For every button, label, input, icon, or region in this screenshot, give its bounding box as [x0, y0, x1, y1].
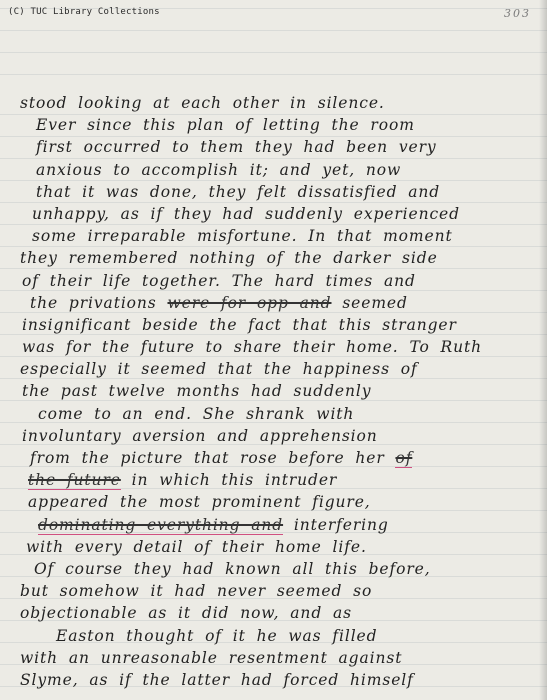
- manuscript-line: some irreparable misfortune. In that mom…: [20, 225, 540, 247]
- struck-through-text: dominating everything and: [38, 516, 283, 535]
- text-segment: but somehow it had never seemed so: [20, 582, 372, 600]
- copyright-notice: (C) TUC Library Collections: [8, 7, 160, 17]
- manuscript-line: stood looking at each other in silence.: [20, 92, 540, 114]
- manuscript-line: first occurred to them they had been ver…: [20, 136, 540, 158]
- manuscript-line: Slyme, as if the latter had forced himse…: [20, 669, 540, 691]
- text-segment: some irreparable misfortune. In that mom…: [32, 227, 453, 245]
- manuscript-line: unhappy, as if they had suddenly experie…: [20, 203, 540, 225]
- text-segment: Easton thought of it he was filled: [56, 627, 377, 645]
- struck-through-text: were for opp and: [167, 294, 331, 312]
- text-segment: appeared the most prominent figure,: [28, 493, 371, 511]
- text-segment: especially it seemed that the happiness …: [20, 360, 418, 378]
- text-segment: anxious to accomplish it; and yet, now: [36, 161, 401, 179]
- text-segment: they remembered nothing of the darker si…: [20, 249, 438, 267]
- text-segment: Slyme, as if the latter had forced himse…: [20, 671, 414, 689]
- manuscript-line: dominating everything and interfering: [20, 514, 540, 536]
- struck-through-text: the future: [28, 471, 121, 490]
- text-segment: seemed: [332, 294, 408, 312]
- manuscript-line: but somehow it had never seemed so: [20, 580, 540, 602]
- manuscript-line: the privations were for opp and seemed: [20, 292, 540, 314]
- manuscript-line: involuntary aversion and apprehension: [20, 425, 540, 447]
- struck-through-text: of: [395, 449, 412, 468]
- manuscript-line: was for the future to share their home. …: [20, 336, 540, 358]
- text-segment: the past twelve months had suddenly: [22, 382, 371, 400]
- manuscript-line: anxious to accomplish it; and yet, now: [20, 159, 540, 181]
- text-segment: with every detail of their home life.: [26, 538, 367, 556]
- text-segment: come to an end. She shrank with: [38, 405, 354, 423]
- text-segment: was for the future to share their home. …: [22, 338, 482, 356]
- text-segment: with an unreasonable resentment against: [20, 649, 402, 667]
- manuscript-line: insignificant beside the fact that this …: [20, 314, 540, 336]
- manuscript-line: objectionable as it did now, and as: [20, 602, 540, 624]
- text-segment: stood looking at each other in silence.: [20, 94, 385, 112]
- manuscript-line: come to an end. She shrank with: [20, 403, 540, 425]
- manuscript-line: especially it seemed that the happiness …: [20, 358, 540, 380]
- manuscript-line: Of course they had known all this before…: [20, 558, 540, 580]
- text-segment: unhappy, as if they had suddenly experie…: [32, 205, 460, 223]
- manuscript-line: with an unreasonable resentment against: [20, 647, 540, 669]
- manuscript-page: (C) TUC Library Collections 303 stood lo…: [0, 0, 547, 700]
- text-segment: Of course they had known all this before…: [34, 560, 431, 578]
- manuscript-line: Easton thought of it he was filled: [20, 625, 540, 647]
- manuscript-line: the past twelve months had suddenly: [20, 380, 540, 402]
- manuscript-line: with every detail of their home life.: [20, 536, 540, 558]
- text-segment: that it was done, they felt dissatisfied…: [36, 183, 440, 201]
- page-number: 303: [504, 7, 531, 20]
- text-segment: Ever since this plan of letting the room: [36, 116, 415, 134]
- text-segment: from the picture that rose before her: [30, 449, 395, 467]
- manuscript-line: Ever since this plan of letting the room: [20, 114, 540, 136]
- text-segment: first occurred to them they had been ver…: [36, 138, 437, 156]
- manuscript-line: appeared the most prominent figure,: [20, 491, 540, 513]
- text-segment: insignificant beside the fact that this …: [22, 316, 457, 334]
- text-segment: objectionable as it did now, and as: [20, 604, 352, 622]
- text-segment: interfering: [283, 516, 389, 534]
- manuscript-line: the future in which this intruder: [20, 469, 540, 491]
- text-segment: in which this intruder: [121, 471, 337, 489]
- manuscript-line: of their life together. The hard times a…: [20, 270, 540, 292]
- text-segment: involuntary aversion and apprehension: [22, 427, 378, 445]
- manuscript-line: from the picture that rose before her of: [20, 447, 540, 469]
- text-segment: the privations: [30, 294, 167, 312]
- handwritten-text: stood looking at each other in silence.E…: [20, 92, 540, 691]
- manuscript-line: they remembered nothing of the darker si…: [20, 247, 540, 269]
- manuscript-line: that it was done, they felt dissatisfied…: [20, 181, 540, 203]
- text-segment: of their life together. The hard times a…: [22, 272, 416, 290]
